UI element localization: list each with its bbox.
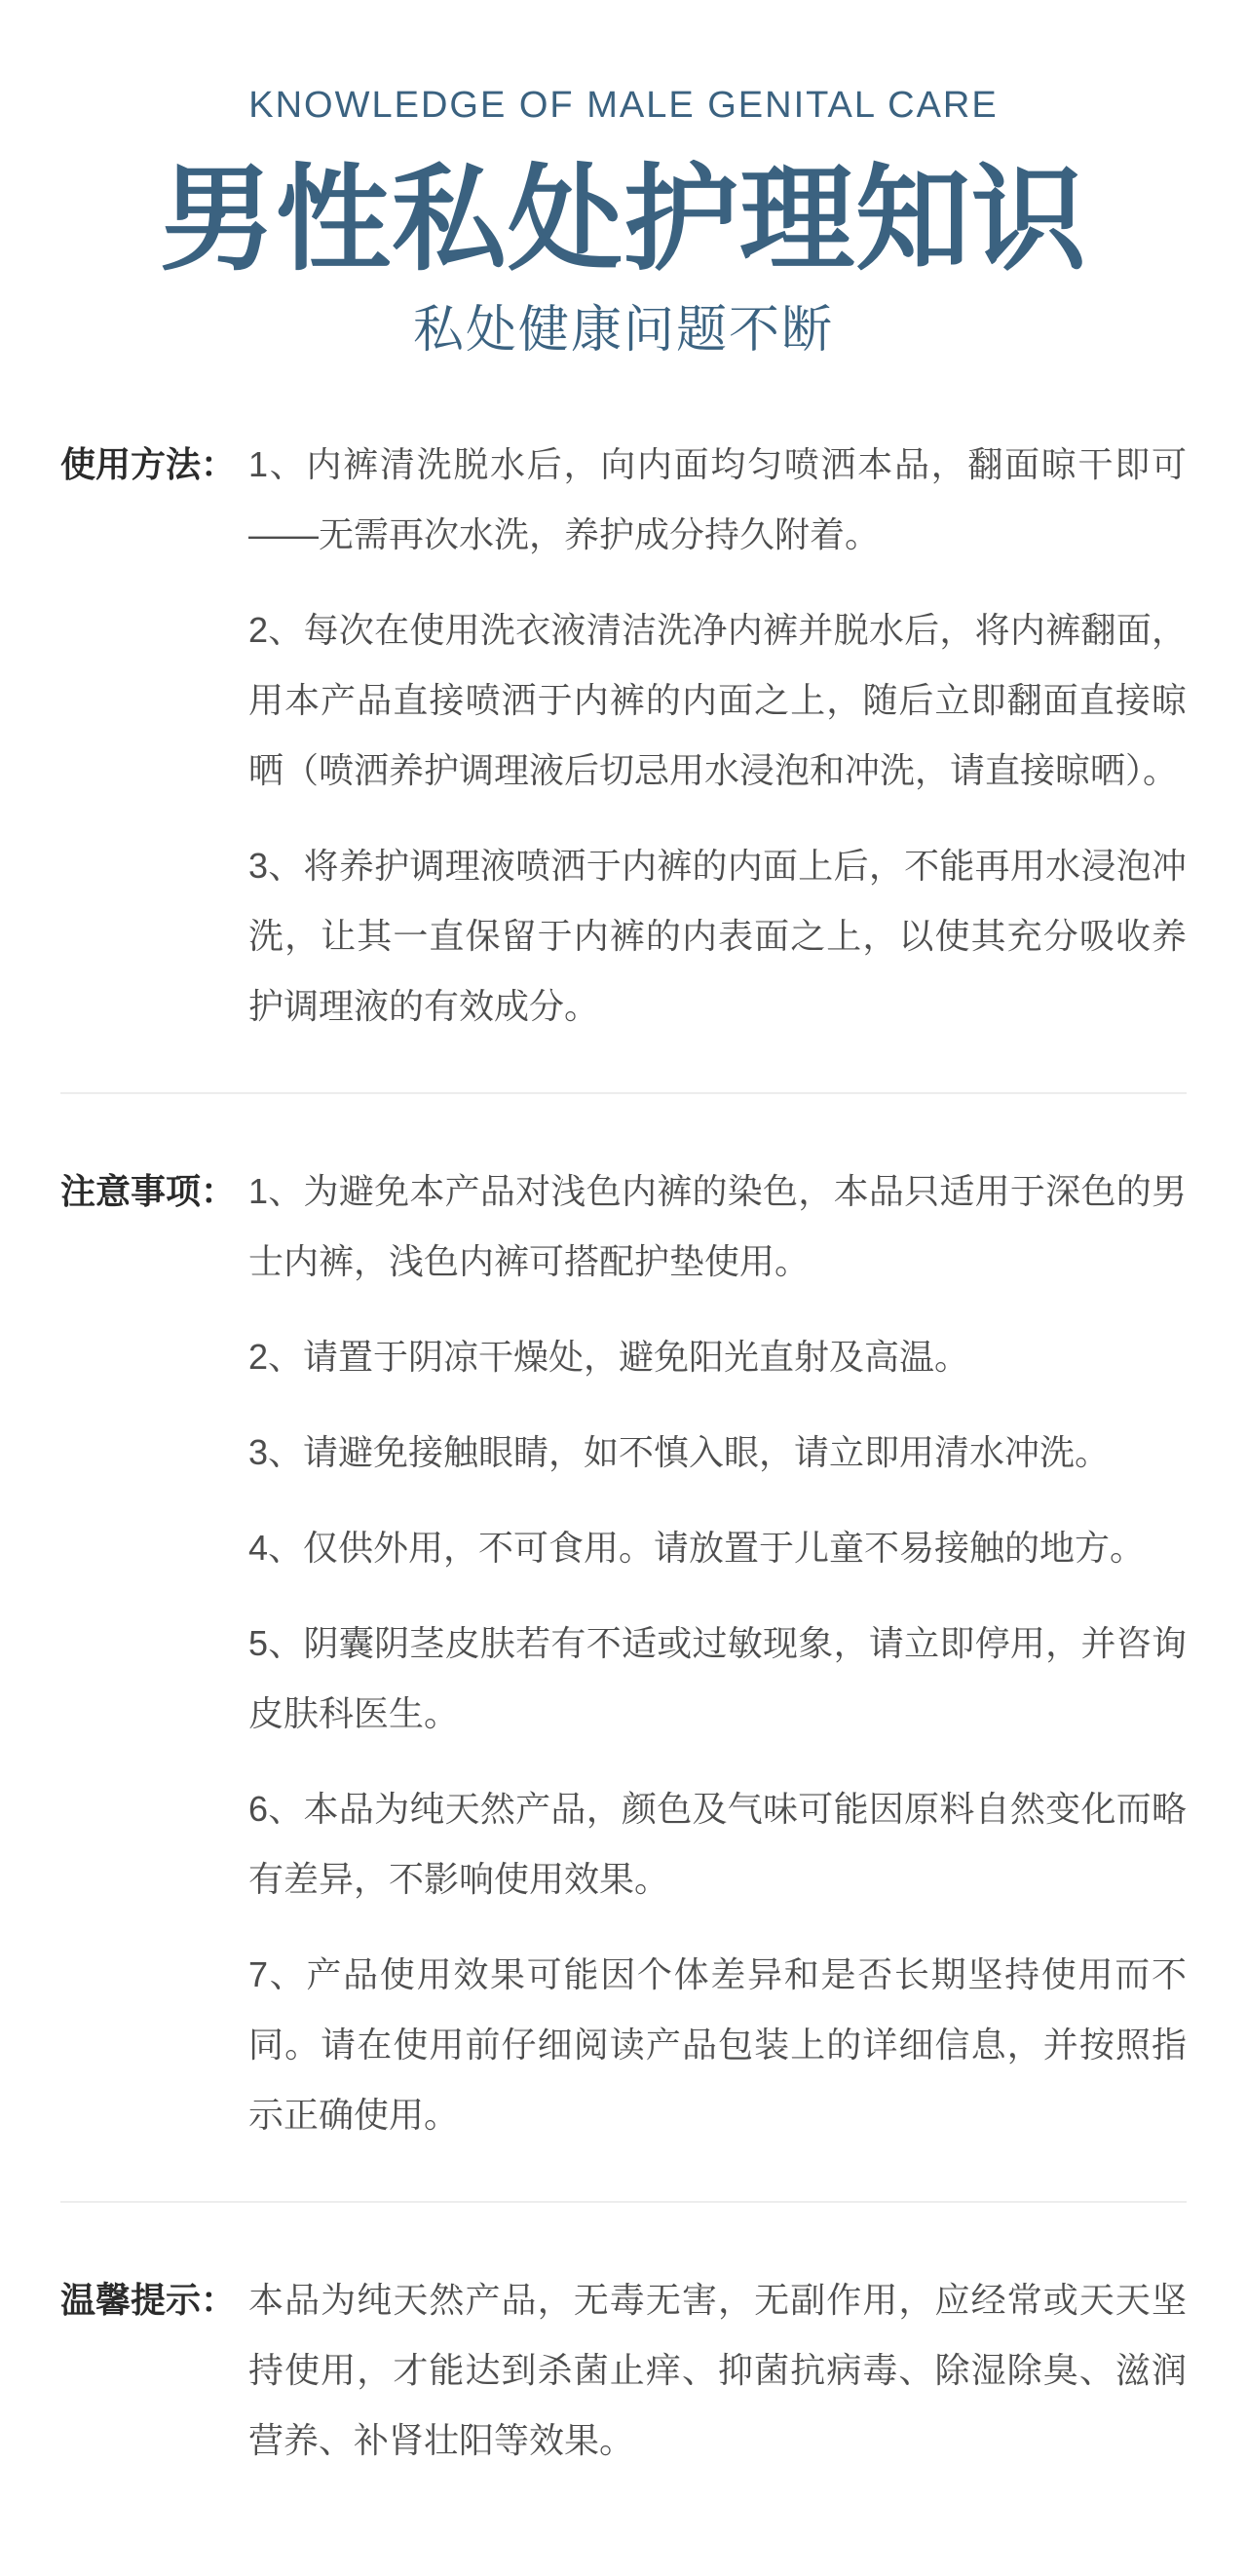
section-paragraph: 本品为纯天然产品，无毒无害，无副作用，应经常或天天坚持使用，才能达到杀菌止痒、抑… xyxy=(248,2265,1187,2476)
section-body-notes: 1、为避免本产品对浅色内裤的染色，本品只适用于深色的男士内裤，浅色内裤可搭配护垫… xyxy=(248,1156,1187,2150)
page-title: 男性私处护理知识 xyxy=(0,158,1247,284)
english-subtitle: KNOWLEDGE OF MALE GENITAL CARE xyxy=(0,86,1247,127)
section-label-notes: 注意事项： xyxy=(60,1156,248,1227)
section-paragraph: 7、产品使用效果可能因个体差异和是否长期坚持使用而不同。请在使用前仔细阅读产品包… xyxy=(248,1940,1187,2150)
section-paragraph: 1、内裤清洗脱水后，向内面均匀喷洒本品，翻面晾干即可——无需再次水洗，养护成分持… xyxy=(248,430,1187,570)
bottom-spacer xyxy=(0,2476,1247,2563)
section-body-tips: 本品为纯天然产品，无毒无害，无副作用，应经常或天天坚持使用，才能达到杀菌止痒、抑… xyxy=(248,2265,1187,2476)
section-paragraph: 2、请置于阴凉干燥处，避免阳光直射及高温。 xyxy=(248,1322,1187,1392)
page-subtitle: 私处健康问题不断 xyxy=(0,302,1247,360)
section-usage: 使用方法：1、内裤清洗脱水后，向内面均匀喷洒本品，翻面晾干即可——无需再次水洗，… xyxy=(60,430,1187,1042)
section-divider xyxy=(60,2201,1187,2203)
section-body-usage: 1、内裤清洗脱水后，向内面均匀喷洒本品，翻面晾干即可——无需再次水洗，养护成分持… xyxy=(248,430,1187,1042)
section-paragraph: 4、仅供外用，不可食用。请放置于儿童不易接触的地方。 xyxy=(248,1513,1187,1583)
section-paragraph: 3、将养护调理液喷洒于内裤的内面上后，不能再用水浸泡冲洗，让其一直保留于内裤的内… xyxy=(248,831,1187,1042)
section-paragraph: 2、每次在使用洗衣液清洁洗净内裤并脱水后，将内裤翻面，用本产品直接喷洒于内裤的内… xyxy=(248,595,1187,806)
product-detail-page: KNOWLEDGE OF MALE GENITAL CARE 男性私处护理知识 … xyxy=(0,0,1247,2576)
section-divider xyxy=(60,1092,1187,1094)
section-paragraph: 6、本品为纯天然产品，颜色及气味可能因原料自然变化而略有差异，不影响使用效果。 xyxy=(248,1774,1187,1914)
section-label-tips: 温馨提示： xyxy=(60,2265,248,2335)
section-paragraph: 5、阴囊阴茎皮肤若有不适或过敏现象，请立即停用，并咨询皮肤科医生。 xyxy=(248,1609,1187,1749)
section-label-usage: 使用方法： xyxy=(60,430,248,500)
section-paragraph: 3、请避免接触眼睛，如不慎入眼，请立即用清水冲洗。 xyxy=(248,1418,1187,1488)
page-header: KNOWLEDGE OF MALE GENITAL CARE 男性私处护理知识 … xyxy=(0,0,1247,360)
section-tips: 温馨提示：本品为纯天然产品，无毒无害，无副作用，应经常或天天坚持使用，才能达到杀… xyxy=(60,2265,1187,2476)
section-paragraph: 1、为避免本产品对浅色内裤的染色，本品只适用于深色的男士内裤，浅色内裤可搭配护垫… xyxy=(248,1156,1187,1297)
section-notes: 注意事项：1、为避免本产品对浅色内裤的染色，本品只适用于深色的男士内裤，浅色内裤… xyxy=(60,1156,1187,2150)
content-area: 使用方法：1、内裤清洗脱水后，向内面均匀喷洒本品，翻面晾干即可——无需再次水洗，… xyxy=(60,430,1187,2476)
